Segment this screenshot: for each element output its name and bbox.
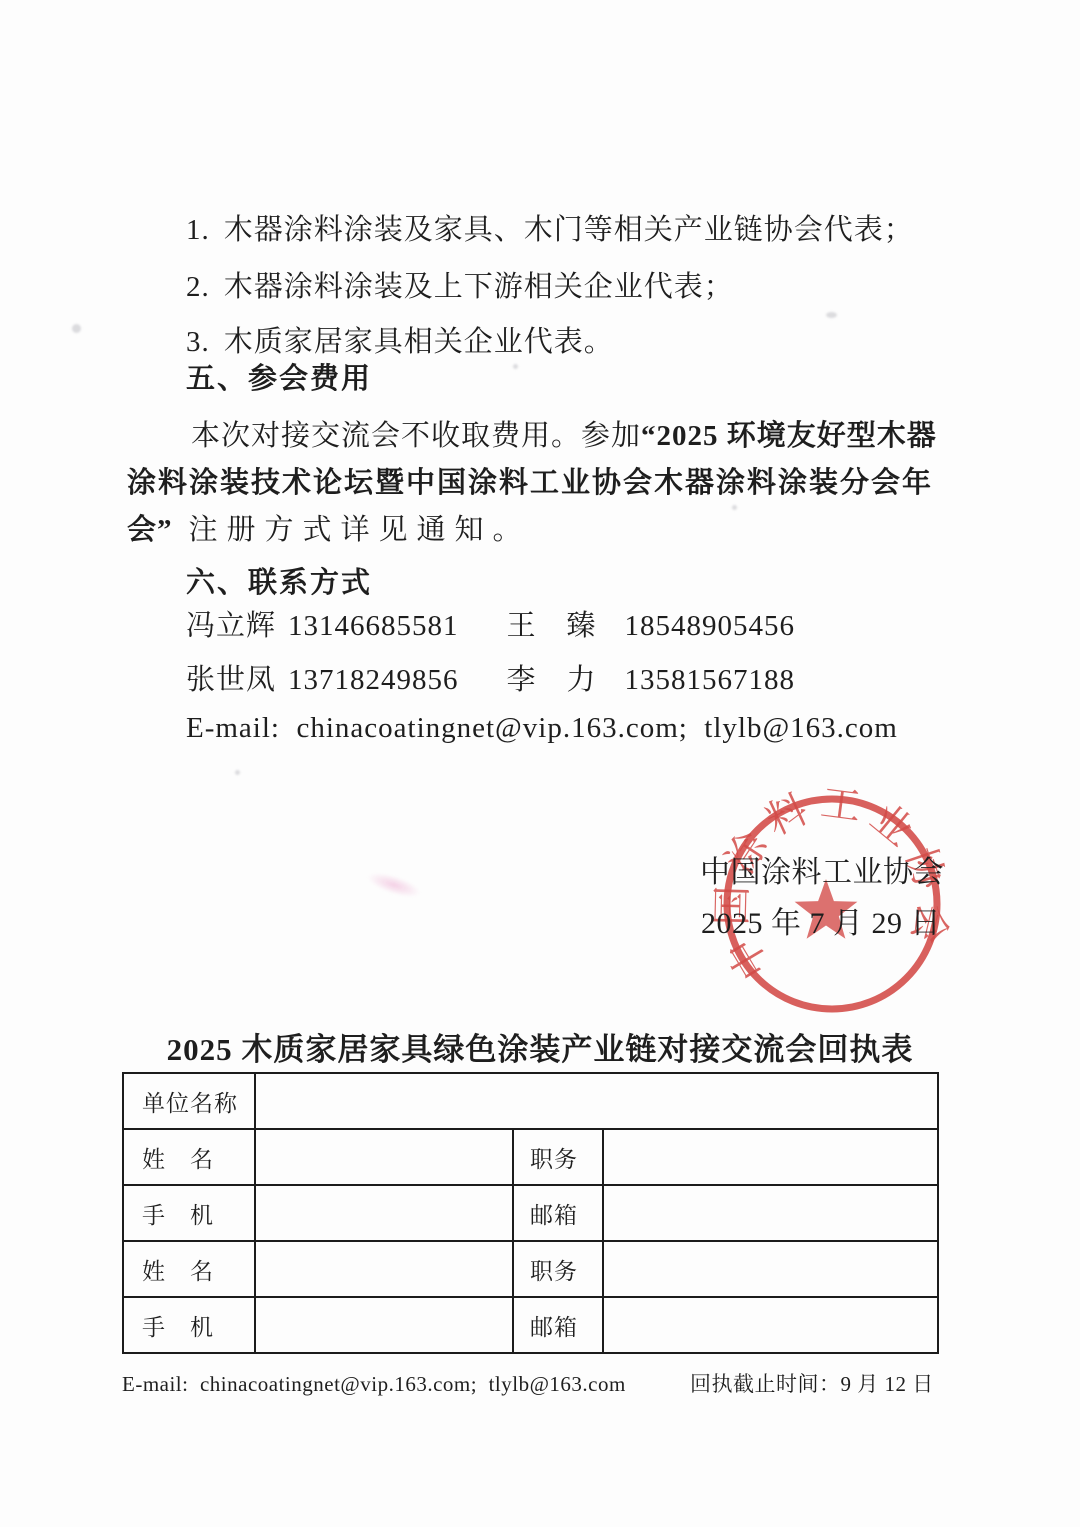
fee-line3-regular: 注册方式详见通知。 <box>189 514 531 546</box>
reply-form-table: 单位名称 姓 名 职务 手 机 邮箱 姓 名 职务 手 机 邮箱 <box>122 1072 939 1354</box>
list-item-3: 3.木质家居家具相关企业代表。 <box>186 324 614 360</box>
name1-cell <box>255 1129 513 1185</box>
title2-label: 职务 <box>513 1241 603 1297</box>
signature-org: 中国涂料工业协会 <box>700 855 944 891</box>
company-name-label: 单位名称 <box>123 1073 255 1129</box>
list-item-2-number: 2. <box>186 269 210 305</box>
scanned-document-page: 1.木器涂料涂装及家具、木门等相关产业链协会代表； 2.木器涂料涂装及上下游相关… <box>0 0 1080 1527</box>
email2-cell <box>603 1297 938 1353</box>
list-item-2: 2.木器涂料涂装及上下游相关企业代表； <box>186 269 734 305</box>
contact-3-name: 张世凤 <box>186 664 276 696</box>
contact-1-phone: 13146685581 <box>288 610 459 642</box>
list-item-2-text: 木器涂料涂装及上下游相关企业代表； <box>224 271 734 303</box>
fee-paragraph-line-3: 会”注册方式详见通知。 <box>127 512 531 548</box>
name1-label: 姓 名 <box>123 1129 255 1185</box>
title2-cell <box>603 1241 938 1297</box>
table-row-company: 单位名称 <box>123 1073 938 1129</box>
contact-row-2: 张世凤13718249856李 力13581567188 <box>186 662 795 698</box>
mobile1-cell <box>255 1185 513 1241</box>
scan-smudge <box>365 868 424 902</box>
fee-line1-regular: 本次对接交流会不收取费用。参加 <box>191 420 641 452</box>
fee-line3-bold: 会” <box>127 514 173 546</box>
email2-label: 邮箱 <box>513 1297 603 1353</box>
list-item-3-number: 3. <box>186 324 210 360</box>
mobile1-label: 手 机 <box>123 1185 255 1241</box>
name2-cell <box>255 1241 513 1297</box>
list-item-3-text: 木质家居家具相关企业代表。 <box>224 326 614 358</box>
footer-deadline: 回执截止时间：9 月 12 日 <box>690 1366 934 1402</box>
contact-email-line: E-mail: chinacoatingnet@vip.163.com; tly… <box>186 710 898 746</box>
contact-3-phone: 13718249856 <box>288 664 459 696</box>
list-item-1-text: 木器涂料涂装及家具、木门等相关产业链协会代表； <box>224 214 914 246</box>
title1-cell <box>603 1129 938 1185</box>
contact-2-name: 王 臻 <box>507 610 597 642</box>
contact-4-name: 李 力 <box>507 664 597 696</box>
title1-label: 职务 <box>513 1129 603 1185</box>
list-item-1: 1.木器涂料涂装及家具、木门等相关产业链协会代表； <box>186 212 914 248</box>
scan-speck <box>732 505 737 510</box>
footer-email: E-mail: chinacoatingnet@vip.163.com; tly… <box>122 1366 626 1402</box>
fee-paragraph-line-1: 本次对接交流会不收取费用。参加“2025 环境友好型木器 <box>191 418 937 454</box>
contact-4-phone: 13581567188 <box>625 664 796 696</box>
section-fee-heading: 五、参会费用 <box>186 361 372 397</box>
signature-date: 2025 年 7 月 29 日 <box>701 906 941 942</box>
contact-row-1: 冯立辉13146685581王 臻18548905456 <box>186 608 795 644</box>
fee-paragraph-line-2: 涂料涂装技术论坛暨中国涂料工业协会木器涂料涂装分会年 <box>127 465 933 501</box>
mobile2-label: 手 机 <box>123 1297 255 1353</box>
scan-speck <box>513 364 518 369</box>
fee-line1-bold: “2025 环境友好型木器 <box>641 420 937 452</box>
company-name-cell <box>255 1073 938 1129</box>
table-row-phone2: 手 机 邮箱 <box>123 1297 938 1353</box>
name2-label: 姓 名 <box>123 1241 255 1297</box>
table-row-person1: 姓 名 职务 <box>123 1129 938 1185</box>
list-item-1-number: 1. <box>186 212 210 248</box>
table-row-person2: 姓 名 职务 <box>123 1241 938 1297</box>
mobile2-cell <box>255 1297 513 1353</box>
official-seal-stamp: 中国涂料工业协会 <box>710 785 950 1025</box>
reply-form-title: 2025 木质家居家具绿色涂装产业链对接交流会回执表 <box>0 1024 1080 1069</box>
table-row-phone1: 手 机 邮箱 <box>123 1185 938 1241</box>
scan-speck <box>826 312 837 318</box>
scan-speck <box>235 770 240 775</box>
scan-speck <box>72 324 81 333</box>
contact-1-name: 冯立辉 <box>186 610 276 642</box>
email1-cell <box>603 1185 938 1241</box>
contact-2-phone: 18548905456 <box>625 610 796 642</box>
email1-label: 邮箱 <box>513 1185 603 1241</box>
section-contact-heading: 六、联系方式 <box>186 565 372 601</box>
